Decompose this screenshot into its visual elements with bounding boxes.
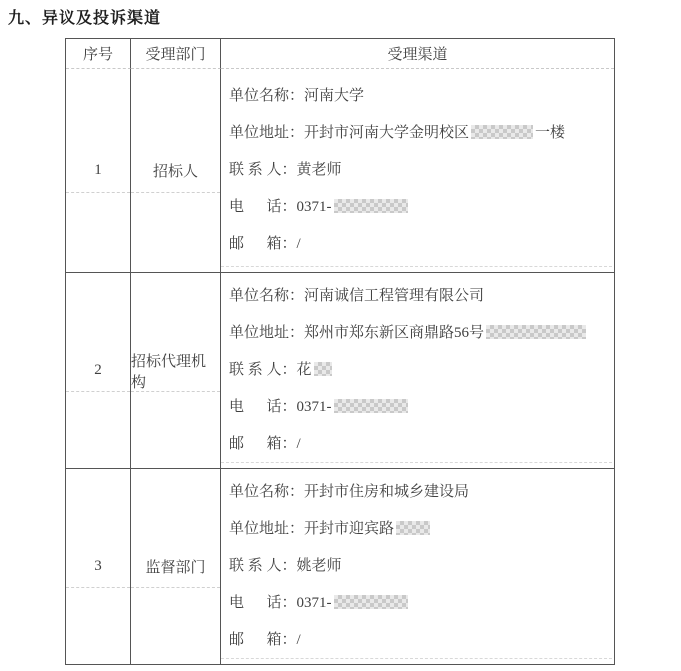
- cell-serial-number: 1: [66, 69, 131, 272]
- table-body: 1招标人单位名称：河南大学单位地址：开封市河南大学金明校区一楼联 系 人：黄老师…: [66, 69, 614, 664]
- channel-line: 邮 箱：/: [229, 622, 614, 659]
- redaction-mosaic: [334, 399, 408, 413]
- redaction-mosaic: [334, 595, 408, 609]
- header-cell-department: 受理部门: [131, 39, 221, 69]
- cell-channel: 单位名称：河南大学单位地址：开封市河南大学金明校区一楼联 系 人：黄老师电 话：…: [221, 69, 614, 272]
- channel-line: 邮 箱：/: [229, 226, 614, 263]
- text-segment: 一楼: [535, 125, 565, 141]
- text-segment: 单位名称：河南诚信工程管理有限公司: [229, 288, 484, 304]
- table-header-row: 序号 受理部门 受理渠道: [66, 39, 614, 69]
- text-segment: 邮 箱：/: [229, 436, 301, 452]
- channel-line: 联 系 人：姚老师: [229, 548, 614, 585]
- cell-serial-number: 2: [66, 273, 131, 468]
- channel-line: 单位名称：河南大学: [229, 78, 614, 115]
- channel-line: 联 系 人：黄老师: [229, 152, 614, 189]
- text-segment: 电 话：0371-: [229, 399, 332, 415]
- cell-department: 监督部门: [131, 469, 221, 664]
- channel-line: 单位名称：开封市住房和城乡建设局: [229, 474, 614, 511]
- text-segment: 单位名称：开封市住房和城乡建设局: [229, 484, 469, 500]
- redaction-mosaic: [334, 199, 408, 213]
- channel-line: 单位地址：开封市河南大学金明校区一楼: [229, 115, 614, 152]
- cell-department: 招标代理机构: [131, 273, 221, 468]
- redaction-mosaic: [314, 362, 332, 376]
- text-segment: 电 话：0371-: [229, 595, 332, 611]
- text-segment: 单位地址：开封市河南大学金明校区: [229, 125, 469, 141]
- page-title: 九、异议及投诉渠道: [8, 5, 681, 28]
- redaction-mosaic: [471, 125, 533, 139]
- header-cell-channel: 受理渠道: [221, 39, 614, 69]
- text-segment: 单位名称：河南大学: [229, 88, 364, 104]
- table-row: 2招标代理机构单位名称：河南诚信工程管理有限公司单位地址：郑州市郑东新区商鼎路5…: [66, 272, 614, 468]
- channel-line: 电 话：0371-: [229, 189, 614, 226]
- channel-line: 单位地址：郑州市郑东新区商鼎路56号: [229, 315, 614, 352]
- text-segment: 联 系 人：黄老师: [229, 162, 342, 178]
- cell-channel: 单位名称：河南诚信工程管理有限公司单位地址：郑州市郑东新区商鼎路56号联 系 人…: [221, 273, 614, 468]
- cell-serial-number: 3: [66, 469, 131, 664]
- channel-line: 邮 箱：/: [229, 426, 614, 463]
- text-segment: 单位地址：郑州市郑东新区商鼎路56号: [229, 325, 484, 341]
- text-segment: 邮 箱：/: [229, 236, 301, 252]
- channel-line: 电 话：0371-: [229, 585, 614, 622]
- table-row: 1招标人单位名称：河南大学单位地址：开封市河南大学金明校区一楼联 系 人：黄老师…: [66, 69, 614, 272]
- complaint-channel-table: 序号 受理部门 受理渠道 1招标人单位名称：河南大学单位地址：开封市河南大学金明…: [65, 38, 615, 665]
- channel-line: 单位名称：河南诚信工程管理有限公司: [229, 278, 614, 315]
- channel-line: 单位地址：开封市迎宾路: [229, 511, 614, 548]
- cell-channel: 单位名称：开封市住房和城乡建设局单位地址：开封市迎宾路联 系 人：姚老师电 话：…: [221, 469, 614, 664]
- text-segment: 邮 箱：/: [229, 632, 301, 648]
- table-row: 3监督部门单位名称：开封市住房和城乡建设局单位地址：开封市迎宾路联 系 人：姚老…: [66, 468, 614, 664]
- header-cell-serial-number: 序号: [66, 39, 131, 69]
- text-segment: 单位地址：开封市迎宾路: [229, 521, 394, 537]
- text-segment: 联 系 人：花: [229, 362, 312, 378]
- channel-line: 电 话：0371-: [229, 389, 614, 426]
- cell-department: 招标人: [131, 69, 221, 272]
- redaction-mosaic: [486, 325, 586, 339]
- text-segment: 电 话：0371-: [229, 199, 332, 215]
- redaction-mosaic: [396, 521, 430, 535]
- channel-line: 联 系 人：花: [229, 352, 614, 389]
- text-segment: 联 系 人：姚老师: [229, 558, 342, 574]
